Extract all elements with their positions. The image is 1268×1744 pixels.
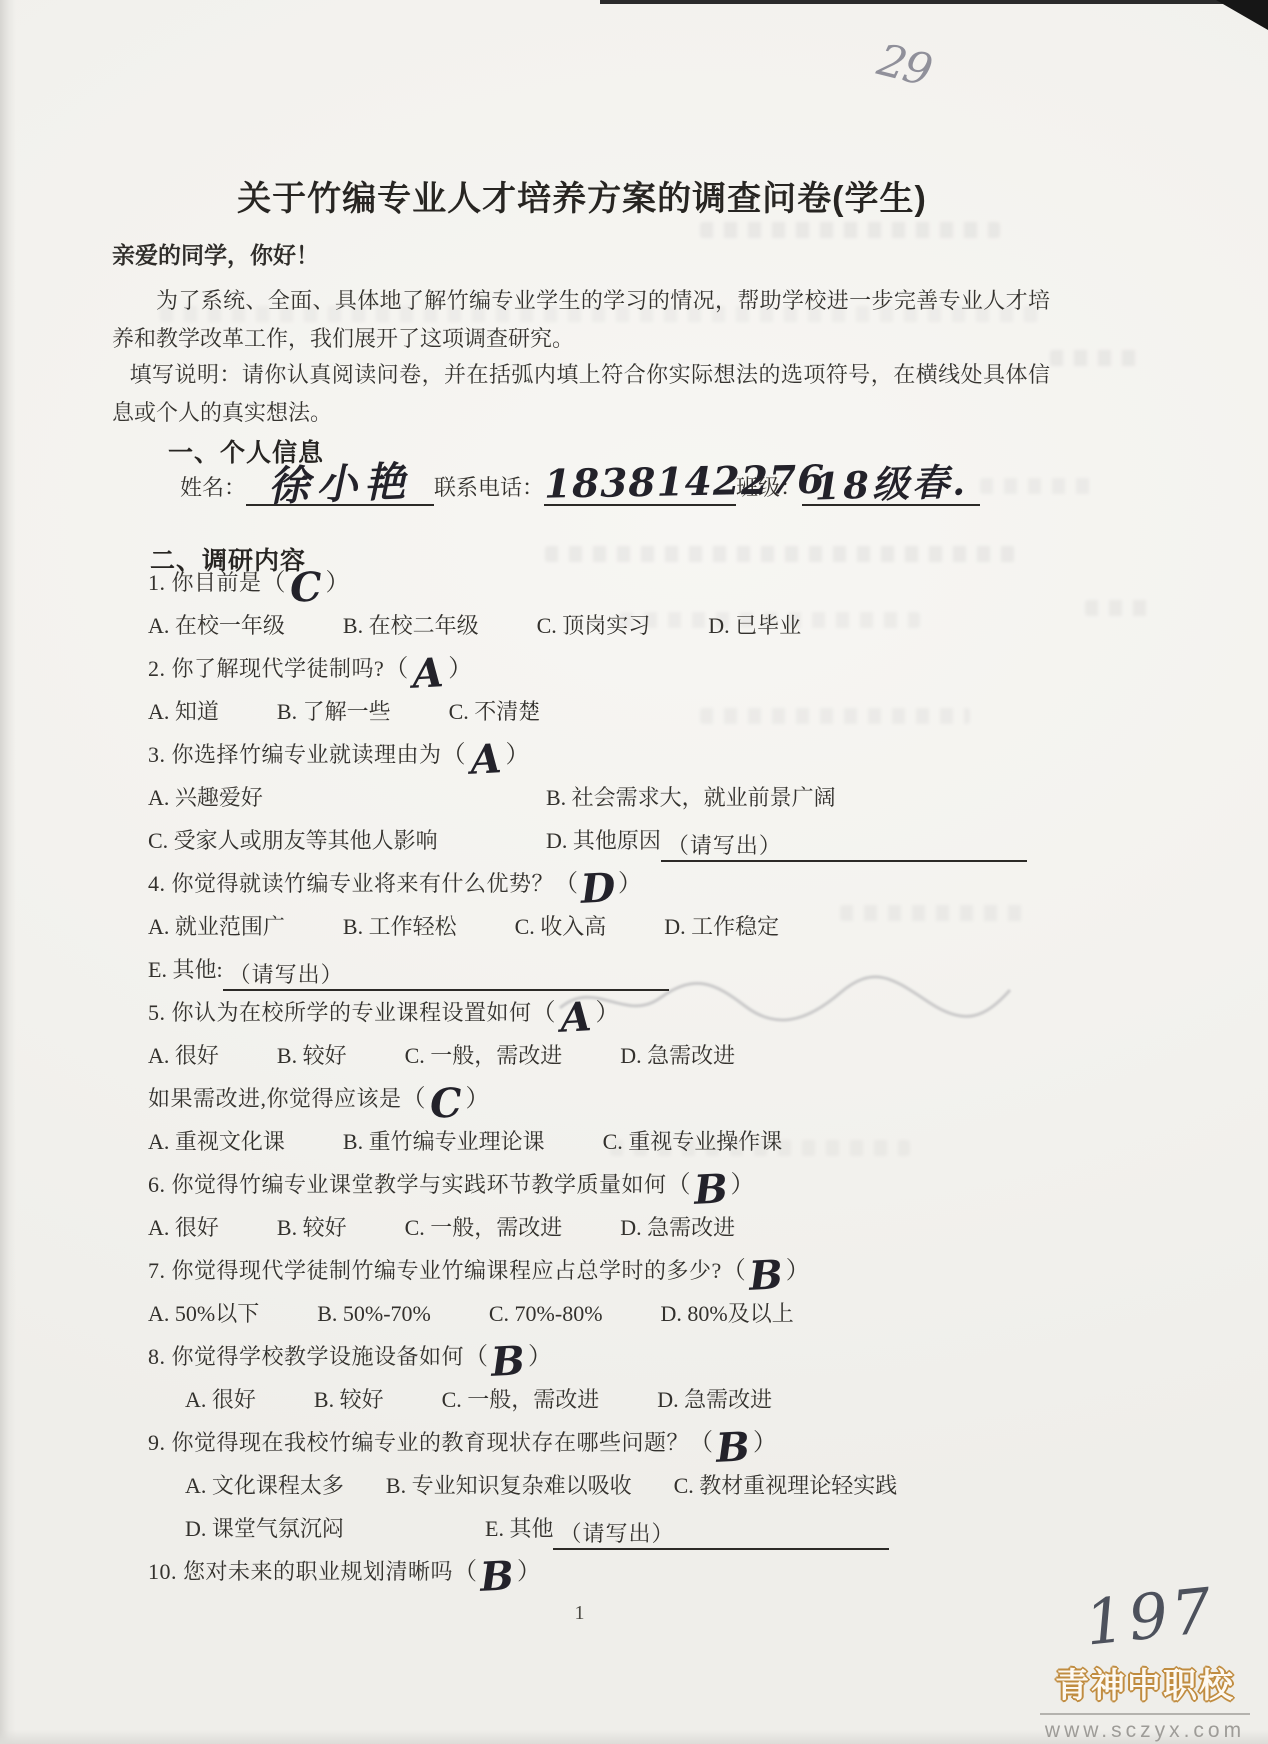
option-label: A. 重视文化课 xyxy=(148,1129,285,1154)
option-label: B. 重竹编专业理论课 xyxy=(343,1129,545,1154)
option-label: A. 就业范围广 xyxy=(148,914,285,939)
option: C. 不清楚 xyxy=(449,690,541,733)
instructions-paragraph: 填写说明：请你认真阅读问卷，并在括弧内填上符合你实际想法的选项符号，在横线处具体… xyxy=(112,356,1050,431)
options-row: A. 很好B. 较好C. 一般，需改进D. 急需改进 xyxy=(148,1378,1053,1421)
question-text: 8. 你觉得学校教学设施设备如何 xyxy=(148,1344,464,1369)
personal-info-row: 姓名：徐小艳联系电话：1838142276班级：18级春. xyxy=(180,458,1060,506)
question-text: 如果需改进,你觉得应该是 xyxy=(148,1086,402,1111)
intro-paragraph: 为了系统、全面、具体地了解竹编专业学生的学习的情况，帮助学校进一步完善专业人才培… xyxy=(112,282,1050,357)
question-q2: 2. 你了解现代学徒制吗?（A）A. 知道B. 了解一些C. 不清楚 xyxy=(148,647,1053,733)
option: D. 已毕业 xyxy=(708,604,801,647)
question-text: 10. 您对未来的职业规划清晰吗 xyxy=(148,1559,453,1584)
option: A. 50%以下 xyxy=(148,1292,259,1335)
question-text: 1. 你目前是 xyxy=(148,570,262,595)
bleedthrough-text xyxy=(1085,600,1155,616)
handwritten-answer-q8: B xyxy=(488,1351,529,1373)
option: D. 其他原因（请写出） xyxy=(546,819,1027,862)
bleedthrough-text xyxy=(700,222,1000,238)
question-line: 9. 你觉得现在我校竹编专业的教育现状存在哪些问题？（B） xyxy=(148,1421,1053,1464)
options-row: A. 很好B. 较好C. 一般，需改进D. 急需改进 xyxy=(148,1206,1053,1249)
site-watermark: 青神中职校 www.sczyx.com xyxy=(1040,1658,1250,1743)
handwritten-answer-q7: B xyxy=(745,1265,786,1287)
option: C. 一般，需改进 xyxy=(405,1206,563,1249)
paren-close: ） xyxy=(731,1172,755,1198)
option-label: C. 70%-80% xyxy=(489,1301,603,1326)
option: A. 知道 xyxy=(148,690,219,733)
options-row: A. 兴趣爱好B. 社会需求大，就业前景广阔 xyxy=(148,776,1053,819)
paren-close: ） xyxy=(506,742,530,768)
handwritten-answer-q9: B xyxy=(713,1437,754,1459)
handwritten-answer-q1: C xyxy=(285,577,326,599)
paren-open: （ xyxy=(384,656,408,682)
question-q9: 9. 你觉得现在我校竹编专业的教育现状存在哪些问题？（B）A. 文化课程太多B.… xyxy=(148,1421,1053,1550)
paren-open: （ xyxy=(464,1344,488,1370)
question-q10: 10. 您对未来的职业规划清晰吗（B） xyxy=(148,1550,1053,1593)
question-line: 10. 您对未来的职业规划清晰吗（B） xyxy=(148,1550,1053,1593)
option-label: D. 急需改进 xyxy=(620,1043,735,1068)
paren-open: （ xyxy=(262,570,286,596)
option: D. 急需改进 xyxy=(620,1034,735,1077)
option: A. 重视文化课 xyxy=(148,1120,285,1163)
question-q3: 3. 你选择竹编专业就读理由为（A）A. 兴趣爱好B. 社会需求大，就业前景广阔… xyxy=(148,733,1053,862)
bleedthrough-text xyxy=(545,546,1015,562)
handwritten-answer-q2: A xyxy=(408,663,449,685)
option-label: E. 其他: xyxy=(148,957,223,982)
option-label: B. 工作轻松 xyxy=(343,914,457,939)
option-label: B. 50%-70% xyxy=(317,1301,431,1326)
bleedthrough-text xyxy=(1050,350,1145,366)
question-q5b: 如果需改进,你觉得应该是（C）A. 重视文化课B. 重竹编专业理论课C. 重视专… xyxy=(148,1077,1053,1163)
paren-open: （ xyxy=(532,1000,556,1026)
paren-open: （ xyxy=(554,871,578,897)
option-label: B. 较好 xyxy=(277,1043,347,1068)
scan-top-edge-artifact xyxy=(600,0,1268,4)
class-field-blank: 18级春. xyxy=(802,458,980,506)
question-q4: 4. 你觉得就读竹编专业将来有什么优势？（D）A. 就业范围广B. 工作轻松C.… xyxy=(148,862,1053,991)
option: E. 其他（请写出） xyxy=(485,1507,889,1550)
option-label: A. 知道 xyxy=(148,699,219,724)
question-text: 2. 你了解现代学徒制吗? xyxy=(148,656,384,681)
option: B. 社会需求大，就业前景广阔 xyxy=(546,776,836,819)
paren-close: ） xyxy=(596,1000,620,1026)
option-label: B. 社会需求大，就业前景广阔 xyxy=(546,785,836,810)
handwritten-phone: 1838142276 xyxy=(544,458,737,507)
option: C. 受家人或朋友等其他人影响 xyxy=(148,819,546,862)
name-label: 姓名： xyxy=(180,471,246,506)
option: A. 很好 xyxy=(185,1378,256,1421)
option: B. 了解一些 xyxy=(277,690,391,733)
question-q5: 5. 你认为在校所学的专业课程设置如何（A）A. 很好B. 较好C. 一般，需改… xyxy=(148,991,1053,1077)
options-row: A. 在校一年级B. 在校二年级C. 顶岗实习D. 已毕业 xyxy=(148,604,1053,647)
paren-close: ） xyxy=(618,871,642,897)
name-field-blank: 徐小艳 xyxy=(246,458,434,506)
paren-open: （ xyxy=(402,1086,426,1112)
option-label: D. 80%及以上 xyxy=(661,1301,794,1326)
option: B. 较好 xyxy=(314,1378,384,1421)
phone-field-blank: 1838142276 xyxy=(544,458,736,506)
option-label: C. 一般，需改进 xyxy=(405,1215,563,1240)
write-in-blank: （请写出） xyxy=(553,1512,889,1550)
option-label: B. 在校二年级 xyxy=(343,613,479,638)
option: C. 顶岗实习 xyxy=(537,604,651,647)
option-label: D. 课堂气氛沉闷 xyxy=(185,1516,344,1541)
option: A. 文化课程太多 xyxy=(185,1464,344,1507)
write-in-blank: （请写出） xyxy=(661,824,1027,862)
paren-close: ） xyxy=(326,570,350,596)
handwritten-corner-number: 29 xyxy=(873,34,936,96)
option-label: A. 很好 xyxy=(148,1215,219,1240)
option-label: D. 工作稳定 xyxy=(664,914,779,939)
option-label: B. 专业知识复杂难以吸收 xyxy=(386,1473,632,1498)
option-label: A. 在校一年级 xyxy=(148,613,285,638)
question-text: 9. 你觉得现在我校竹编专业的教育现状存在哪些问题？ xyxy=(148,1430,689,1455)
question-line: 4. 你觉得就读竹编专业将来有什么优势？（D） xyxy=(148,862,1053,905)
option-label: A. 50%以下 xyxy=(148,1301,259,1326)
question-line: 如果需改进,你觉得应该是（C） xyxy=(148,1077,1053,1120)
option-label: C. 一般，需改进 xyxy=(405,1043,563,1068)
option: B. 专业知识复杂难以吸收 xyxy=(386,1464,632,1507)
watermark-school-name: 青神中职校 xyxy=(1040,1658,1250,1707)
option-label: C. 教材重视理论轻实践 xyxy=(674,1473,898,1498)
paren-close: ） xyxy=(466,1086,490,1112)
options-row: E. 其他:（请写出） xyxy=(148,948,1053,991)
scan-left-edge-shadow xyxy=(0,0,16,1744)
option: A. 在校一年级 xyxy=(148,604,285,647)
paren-open: （ xyxy=(722,1258,746,1284)
option-label: E. 其他 xyxy=(485,1516,553,1541)
watermark-divider xyxy=(1040,1713,1250,1715)
option: B. 在校二年级 xyxy=(343,604,479,647)
handwritten-name: 徐小艳 xyxy=(245,448,435,514)
option-label: B. 了解一些 xyxy=(277,699,391,724)
question-text: 6. 你觉得竹编专业课堂教学与实践环节教学质量如何 xyxy=(148,1172,667,1197)
options-row: A. 50%以下B. 50%-70%C. 70%-80%D. 80%及以上 xyxy=(148,1292,1053,1335)
greeting-line: 亲爱的同学，你好！ xyxy=(112,237,319,270)
options-row: A. 很好B. 较好C. 一般，需改进D. 急需改进 xyxy=(148,1034,1053,1077)
options-row: A. 知道B. 了解一些C. 不清楚 xyxy=(148,690,1053,733)
question-line: 7. 你觉得现代学徒制竹编专业竹编课程应占总学时的多少?（B） xyxy=(148,1249,1053,1292)
option: B. 较好 xyxy=(277,1206,347,1249)
question-q7: 7. 你觉得现代学徒制竹编专业竹编课程应占总学时的多少?（B）A. 50%以下B… xyxy=(148,1249,1053,1335)
option-label: A. 很好 xyxy=(185,1387,256,1412)
option-label: B. 较好 xyxy=(314,1387,384,1412)
paren-close: ） xyxy=(528,1344,552,1370)
phone-label: 联系电话： xyxy=(434,471,544,506)
question-q6: 6. 你觉得竹编专业课堂教学与实践环节教学质量如何（B）A. 很好B. 较好C.… xyxy=(148,1163,1053,1249)
paren-open: （ xyxy=(667,1172,691,1198)
handwritten-answer-q4: D xyxy=(578,878,619,900)
option: E. 其他:（请写出） xyxy=(148,948,669,991)
question-line: 8. 你觉得学校教学设施设备如何（B） xyxy=(148,1335,1053,1378)
question-line: 5. 你认为在校所学的专业课程设置如何（A） xyxy=(148,991,1053,1034)
option-label: A. 很好 xyxy=(148,1043,219,1068)
scanned-questionnaire-page: 29 关于竹编专业人才培养方案的调查问卷(学生) 亲爱的同学，你好！ 为了系统、… xyxy=(0,0,1268,1744)
handwritten-answer-q3: A xyxy=(465,749,506,771)
option: A. 就业范围广 xyxy=(148,905,285,948)
question-line: 3. 你选择竹编专业就读理由为（A） xyxy=(148,733,1053,776)
option-label: A. 兴趣爱好 xyxy=(148,785,263,810)
option: C. 70%-80% xyxy=(489,1292,603,1335)
handwritten-class: 18级春. xyxy=(801,451,981,511)
option-label: A. 文化课程太多 xyxy=(185,1473,344,1498)
options-row: C. 受家人或朋友等其他人影响D. 其他原因（请写出） xyxy=(148,819,1053,862)
question-text: 5. 你认为在校所学的专业课程设置如何 xyxy=(148,1000,532,1025)
option: B. 工作轻松 xyxy=(343,905,457,948)
document-title: 关于竹编专业人才培养方案的调查问卷(学生) xyxy=(112,171,1052,220)
paren-close: ） xyxy=(448,656,472,682)
option: B. 较好 xyxy=(277,1034,347,1077)
option: A. 很好 xyxy=(148,1206,219,1249)
option: D. 课堂气氛沉闷 xyxy=(185,1507,485,1550)
paren-open: （ xyxy=(442,742,466,768)
option-label: C. 不清楚 xyxy=(449,699,541,724)
paren-close: ） xyxy=(786,1258,810,1284)
option: D. 急需改进 xyxy=(657,1378,772,1421)
paren-open: （ xyxy=(453,1559,477,1585)
question-text: 3. 你选择竹编专业就读理由为 xyxy=(148,742,442,767)
handwritten-answer-q10: B xyxy=(477,1566,518,1588)
option-label: C. 收入高 xyxy=(515,914,607,939)
question-text: 7. 你觉得现代学徒制竹编专业竹编课程应占总学时的多少? xyxy=(148,1258,722,1283)
option: C. 重视专业操作课 xyxy=(603,1120,783,1163)
option-label: D. 其他原因 xyxy=(546,828,661,853)
question-text: 4. 你觉得就读竹编专业将来有什么优势？ xyxy=(148,871,554,896)
handwritten-answer-q5: A xyxy=(555,1007,596,1029)
option-label: C. 重视专业操作课 xyxy=(603,1129,783,1154)
question-line: 2. 你了解现代学徒制吗?（A） xyxy=(148,647,1053,690)
handwritten-sheet-number: 197 xyxy=(1082,1573,1219,1659)
paren-close: ） xyxy=(753,1430,777,1456)
option-label: D. 已毕业 xyxy=(708,613,801,638)
option-label: B. 较好 xyxy=(277,1215,347,1240)
option-label: C. 顶岗实习 xyxy=(537,613,651,638)
question-line: 1. 你目前是（C） xyxy=(148,561,1053,604)
option-label: C. 一般，需改进 xyxy=(442,1387,600,1412)
option: C. 一般，需改进 xyxy=(405,1034,563,1077)
option: B. 50%-70% xyxy=(317,1292,431,1335)
option-label: C. 受家人或朋友等其他人影响 xyxy=(148,828,438,853)
scan-corner-artifact xyxy=(1216,0,1268,30)
option-label: D. 急需改进 xyxy=(657,1387,772,1412)
watermark-site-url: www.sczyx.com xyxy=(1040,1719,1250,1743)
write-in-blank: （请写出） xyxy=(223,953,669,991)
page-number: 1 xyxy=(112,1602,1047,1625)
question-q1: 1. 你目前是（C）A. 在校一年级B. 在校二年级C. 顶岗实习D. 已毕业 xyxy=(148,561,1053,647)
options-row: A. 文化课程太多B. 专业知识复杂难以吸收C. 教材重视理论轻实践 xyxy=(148,1464,1053,1507)
option: A. 很好 xyxy=(148,1034,219,1077)
option-label: D. 急需改进 xyxy=(620,1215,735,1240)
paren-open: （ xyxy=(689,1430,713,1456)
option: D. 工作稳定 xyxy=(664,905,779,948)
question-line: 6. 你觉得竹编专业课堂教学与实践环节教学质量如何（B） xyxy=(148,1163,1053,1206)
options-row: A. 重视文化课B. 重竹编专业理论课C. 重视专业操作课 xyxy=(148,1120,1053,1163)
options-row: D. 课堂气氛沉闷E. 其他（请写出） xyxy=(148,1507,1053,1550)
handwritten-answer-q5b: C xyxy=(425,1093,466,1115)
paren-close: ） xyxy=(517,1559,541,1585)
question-list: 1. 你目前是（C）A. 在校一年级B. 在校二年级C. 顶岗实习D. 已毕业2… xyxy=(148,561,1053,1593)
option: C. 教材重视理论轻实践 xyxy=(674,1464,898,1507)
handwritten-answer-q6: B xyxy=(690,1179,731,1201)
question-q8: 8. 你觉得学校教学设施设备如何（B）A. 很好B. 较好C. 一般，需改进D.… xyxy=(148,1335,1053,1421)
option: C. 一般，需改进 xyxy=(442,1378,600,1421)
